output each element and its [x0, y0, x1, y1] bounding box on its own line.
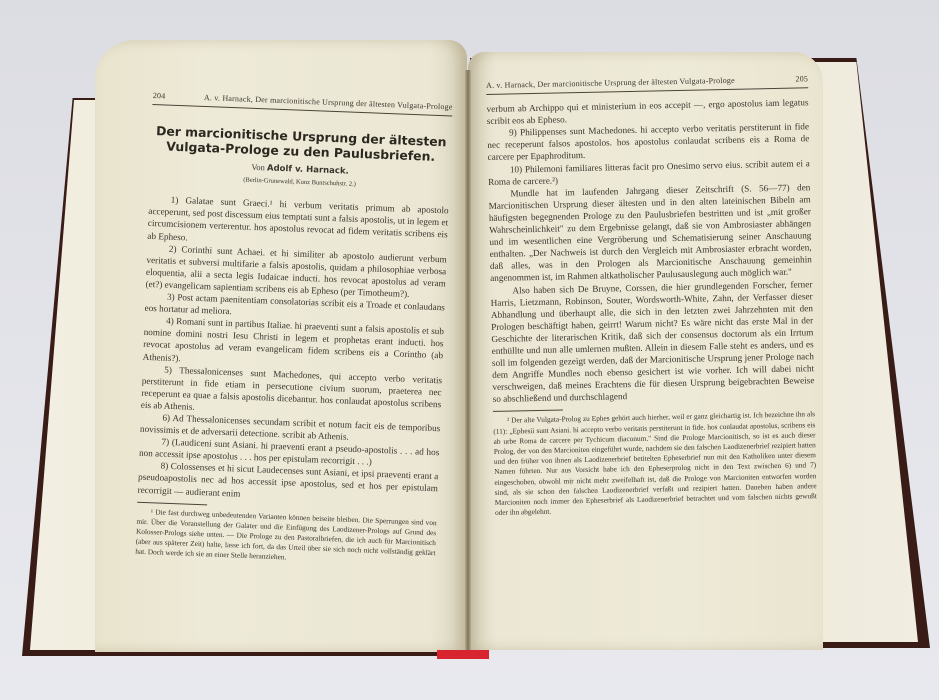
book-gutter [465, 70, 471, 652]
author-name: Adolf v. Harnack. [267, 164, 349, 177]
left-page-content: 204 A. v. Harnack, Der marcionitische Ur… [135, 90, 453, 569]
byline-prefix: Von [251, 162, 265, 173]
page-number: 204 [153, 90, 166, 103]
right-page: A. v. Harnack, Der marcionitische Urspru… [468, 52, 823, 650]
page-number: 205 [795, 73, 808, 85]
footnote-rule [137, 501, 207, 505]
footnote: ¹ Die fast durchweg unbedeutenden Varian… [135, 506, 437, 568]
right-page-content: A. v. Harnack, Der marcionitische Urspru… [486, 73, 817, 518]
running-head-left: 204 A. v. Harnack, Der marcionitische Ur… [152, 90, 452, 117]
left-page: 204 A. v. Harnack, Der marcionitische Ur… [95, 40, 467, 652]
running-head-text: A. v. Harnack, Der marcionitische Urspru… [204, 92, 453, 114]
footnote: ² Der alte Vulgata-Prolog zu Ephes gehör… [493, 410, 817, 519]
body-paragraph: Mundle hat im laufenden Jahrgang dieser … [488, 181, 812, 284]
photo-scene: 204 A. v. Harnack, Der marcionitische Ur… [0, 0, 939, 700]
running-head-right: A. v. Harnack, Der marcionitische Urspru… [486, 73, 808, 95]
bookmark-ribbon [437, 650, 489, 659]
running-head-text: A. v. Harnack, Der marcionitische Urspru… [486, 75, 735, 92]
body-paragraph: Also haben sich De Bruyne, Corssen, die … [490, 278, 814, 406]
footnote-rule [493, 410, 563, 412]
